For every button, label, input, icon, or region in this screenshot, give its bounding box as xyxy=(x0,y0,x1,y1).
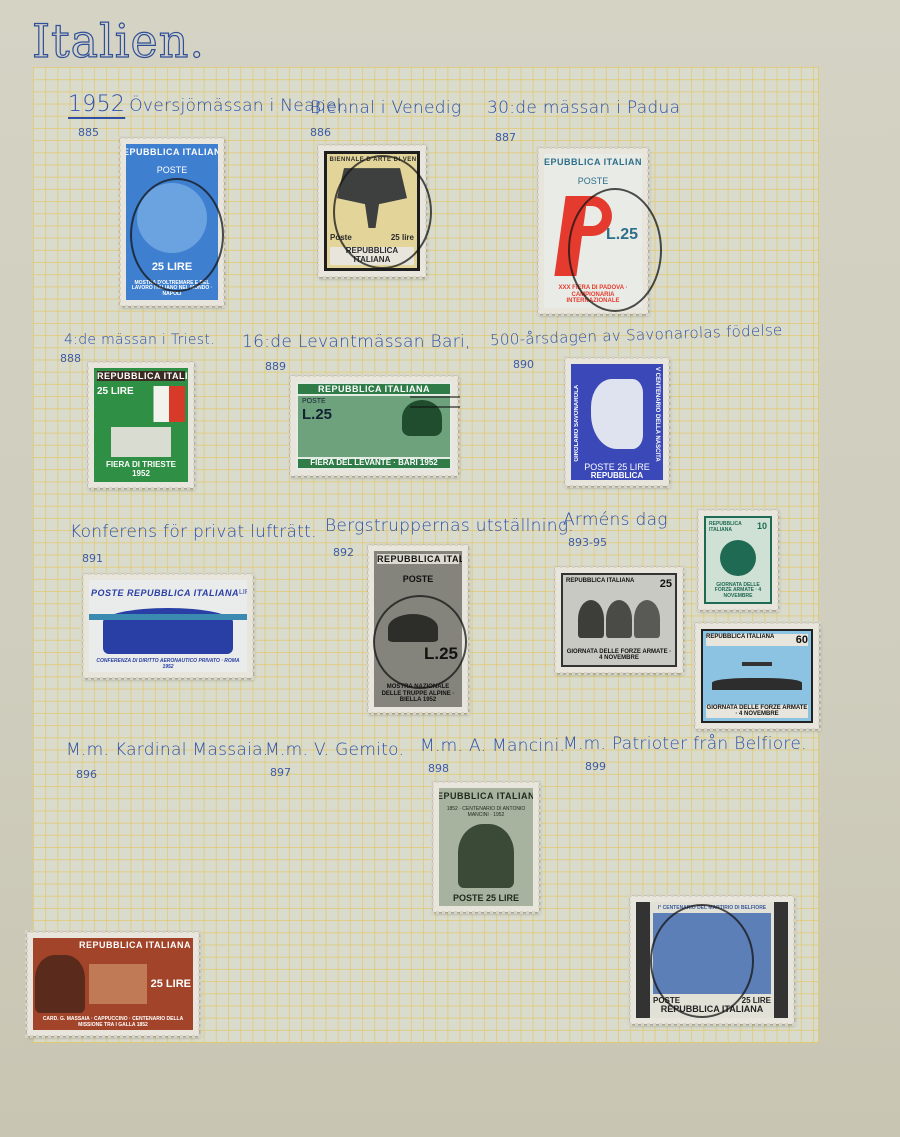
stamp-text-top: REPUBBLICA ITALIANA xyxy=(566,578,634,590)
stamp-value: 25 LIRE xyxy=(152,261,192,273)
page-title: Italien. xyxy=(32,18,205,64)
stamp-text-sub: LIRE xyxy=(239,589,247,596)
flag-illustration xyxy=(138,386,185,422)
stamp-894-forze-armate-25[interactable]: REPUBBLICA ITALIANA 25 GIORNATA DELLE FO… xyxy=(555,567,683,673)
catalog-number-897: 897 xyxy=(270,766,291,779)
globe-wing-illustration xyxy=(720,540,756,576)
alpine-hat-illustration xyxy=(388,614,438,642)
stamp-885-napoli[interactable]: REPUBBLICA ITALIANA POSTE 25 LIRE MOSTRA… xyxy=(120,138,224,306)
stamp-text-sub: POSTE xyxy=(578,176,609,186)
catalog-number-888: 888 xyxy=(60,352,81,365)
stamp-899-belfiore[interactable]: I° CENTENARIO DEL MARTIRIO DI BELFIORE P… xyxy=(630,896,794,1024)
catalog-number-892: 892 xyxy=(333,546,354,559)
caption-885: 1952Översjömässan i Neapel. xyxy=(68,92,347,117)
stamp-value: 25 lire xyxy=(391,233,414,242)
stamp-value: 25 LIRE xyxy=(97,386,134,422)
catalog-number-885: 885 xyxy=(78,126,99,139)
stamp-value: 25 LIRE xyxy=(151,978,191,990)
stamp-value: 10 xyxy=(757,521,767,533)
year-label: 1952 xyxy=(68,92,125,117)
stamp-text-bottom: XXX FIERA DI PADOVA · CAMPIONARIA INTERN… xyxy=(547,285,639,305)
stamp-text-bottom: FIERA DI TRIESTE 1952 xyxy=(97,461,185,479)
stamp-892-alpini[interactable]: REPUBBLICA ITALIANA POSTE L.25 MOSTRA NA… xyxy=(368,545,468,713)
stamp-text-right: V CENTENARIO DELLA NASCITA xyxy=(654,367,660,462)
stamp-893-forze-armate-10[interactable]: REPUBBLICA ITALIANA 10 GIORNATA DELLE FO… xyxy=(698,510,778,610)
stamp-text-bottom: MOSTRA D'OLTREMARE E DEL LAVORO ITALIANO… xyxy=(129,281,215,298)
stamp-text-top: REPUBBLICA ITALIANA xyxy=(79,940,191,950)
stamp-text-bottom: CONFERENZA DI DIRITTO AERONAUTICO PRIVAT… xyxy=(91,659,245,670)
colosseum-airplane-illustration xyxy=(103,608,233,654)
catalog-number-890: 890 xyxy=(513,358,534,371)
caption-888: 4:de mässan i Triest. xyxy=(64,332,215,348)
stamp-text-top: I° CENTENARIO DEL MARTIRIO DI BELFIORE xyxy=(658,905,766,911)
winged-lion-illustration xyxy=(337,168,407,228)
caption-896: M.m. Kardinal Massaia. xyxy=(66,740,269,760)
three-soldiers-illustration xyxy=(578,600,660,638)
stamp-text-top: REPUBBLICA ITALIANA xyxy=(706,634,774,646)
stamp-text-top: REPUBBLICA ITALIANA xyxy=(709,521,757,533)
stamp-text-top: XXVI BIENNALE D'ARTE DI VENEZIA xyxy=(324,157,420,163)
stamp-text-sub: 1852 · CENTENARIO DI ANTONIO MANCINI · 1… xyxy=(442,806,530,818)
stamp-text-sub: POSTE xyxy=(302,398,326,405)
stamp-896-massaia[interactable]: REPUBBLICA ITALIANA 25 LIRE CARD. G. MAS… xyxy=(27,932,199,1036)
caption-889: 16:de Levantmässan Bari, xyxy=(242,332,471,352)
catalog-number-898: 898 xyxy=(428,762,449,775)
stamp-text-bottom: CARD. G. MASSAIA · CAPPUCCINO · CENTENAR… xyxy=(35,1017,191,1028)
caption-886: Biennal i Venedig xyxy=(310,98,461,118)
stamp-text-top: REPUBBLICA ITALIANA xyxy=(97,371,185,381)
stamp-text-bottom: REPUBBLICA ITALIANA xyxy=(330,247,414,265)
fairground-illustration: POSTE L.25 xyxy=(298,396,450,457)
stamp-886-venezia[interactable]: XXVI BIENNALE D'ARTE DI VENEZIA Poste 25… xyxy=(318,145,426,277)
map-of-africa-illustration xyxy=(89,964,147,1004)
caption-891: Konferens för privat lufträtt. xyxy=(70,522,317,542)
portrait-savonarola xyxy=(591,379,643,449)
stamp-text-bottom: MOSTRA NAZIONALE DELLE TRUPPE ALPINE · B… xyxy=(377,684,459,704)
stamp-text-sub: Poste xyxy=(330,233,352,242)
patriots-illustration xyxy=(653,913,771,994)
stamp-887-padova[interactable]: REPUBBLICA ITALIANA POSTE L.25 XXX FIERA… xyxy=(538,148,648,314)
stamp-text-left: GIROLAMO SAVONAROLA xyxy=(574,367,580,462)
catalog-number-893-95: 893-95 xyxy=(568,536,607,549)
soldier-head xyxy=(578,600,604,638)
stamp-889-bari[interactable]: REPUBBLICA ITALIANA POSTE L.25 FIERA DEL… xyxy=(290,376,458,476)
stamp-text-bottom: GIORNATA DELLE FORZE ARMATE · 4 NOVEMBRE xyxy=(709,583,767,600)
ship-tank xyxy=(712,678,802,690)
catalog-number-891: 891 xyxy=(82,552,103,565)
stamp-text-bottom: FIERA DEL LEVANTE · BARI 1952 xyxy=(298,459,450,468)
stamp-text-top: REPUBBLICA ITALIANA xyxy=(126,147,218,157)
stamp-text-bottom: REPUBBLICA ITALIANA xyxy=(574,472,660,480)
stamp-value: L.25 xyxy=(424,644,458,664)
caption-887: 30:de mässan i Padua xyxy=(487,98,680,118)
globe-torch-illustration xyxy=(137,183,207,253)
stamp-898-mancini[interactable]: REPUBBLICA ITALIANA 1852 · CENTENARIO DI… xyxy=(433,782,539,912)
stamp-text-top: REPUBBLICA ITALIANA xyxy=(544,157,642,167)
stamp-text-top: POSTE REPUBBLICA ITALIANA xyxy=(91,588,239,598)
caption-898: M.m. A. Mancini. xyxy=(420,736,565,756)
stamp-text-bottom: REPUBBLICA ITALIANA xyxy=(661,1005,764,1015)
stamp-value: L.25 xyxy=(302,406,332,423)
airplane xyxy=(742,662,772,666)
catalog-number-899: 899 xyxy=(585,760,606,773)
stamp-text-top: REPUBBLICA ITALIANA xyxy=(439,791,533,801)
catalog-number-887: 887 xyxy=(495,131,516,144)
ship-illustration xyxy=(402,400,442,436)
stamp-888-trieste[interactable]: REPUBBLICA ITALIANA 25 LIRE FIERA DI TRI… xyxy=(88,362,194,488)
portrait-mancini xyxy=(458,824,514,888)
stamp-value: 60 xyxy=(796,634,808,646)
catalog-number-886: 886 xyxy=(310,126,331,139)
soldier-head xyxy=(606,600,632,638)
stamp-text-bottom: GIORNATA DELLE FORZE ARMATE · 4 NOVEMBRE xyxy=(706,705,808,718)
stamp-text-top: REPUBBLICA ITALIANA xyxy=(377,554,459,564)
stamp-text-sub: POSTE xyxy=(157,165,188,175)
ship-plane-tank-illustration xyxy=(712,660,802,690)
stamp-value: 25 xyxy=(660,578,672,590)
stamp-text-bottom: GIORNATA DELLE FORZE ARMATE · 4 NOVEMBRE xyxy=(566,649,672,662)
airplane-wing xyxy=(89,614,247,620)
catalog-number-896: 896 xyxy=(76,768,97,781)
stamp-890-savonarola[interactable]: GIROLAMO SAVONAROLA V CENTENARIO DELLA N… xyxy=(565,358,669,486)
stamp-value: POSTE 25 LIRE xyxy=(453,893,519,903)
portrait-massaia xyxy=(35,955,85,1013)
stamp-value: L.25 xyxy=(606,226,638,244)
caption-892: Bergstruppernas utställning. xyxy=(325,516,574,536)
catalog-number-889: 889 xyxy=(265,360,286,373)
stamp-text-sub: POSTE xyxy=(403,574,434,584)
caption-893-95: Arméns dag xyxy=(563,510,668,530)
caption-899: M.m. Patrioter från Belfiore. xyxy=(563,734,807,754)
stamp-895-forze-armate-60[interactable]: REPUBBLICA ITALIANA 60 GIORNATA DELLE FO… xyxy=(695,623,819,729)
caption-897: M.m. V. Gemito. xyxy=(265,740,404,760)
soldier-head xyxy=(634,600,660,638)
stamp-text-top: REPUBBLICA ITALIANA xyxy=(298,384,450,394)
cathedral-illustration xyxy=(111,427,171,457)
stamp-891-roma[interactable]: POSTE REPUBBLICA ITALIANA LIRE 60 CONFER… xyxy=(83,574,253,678)
